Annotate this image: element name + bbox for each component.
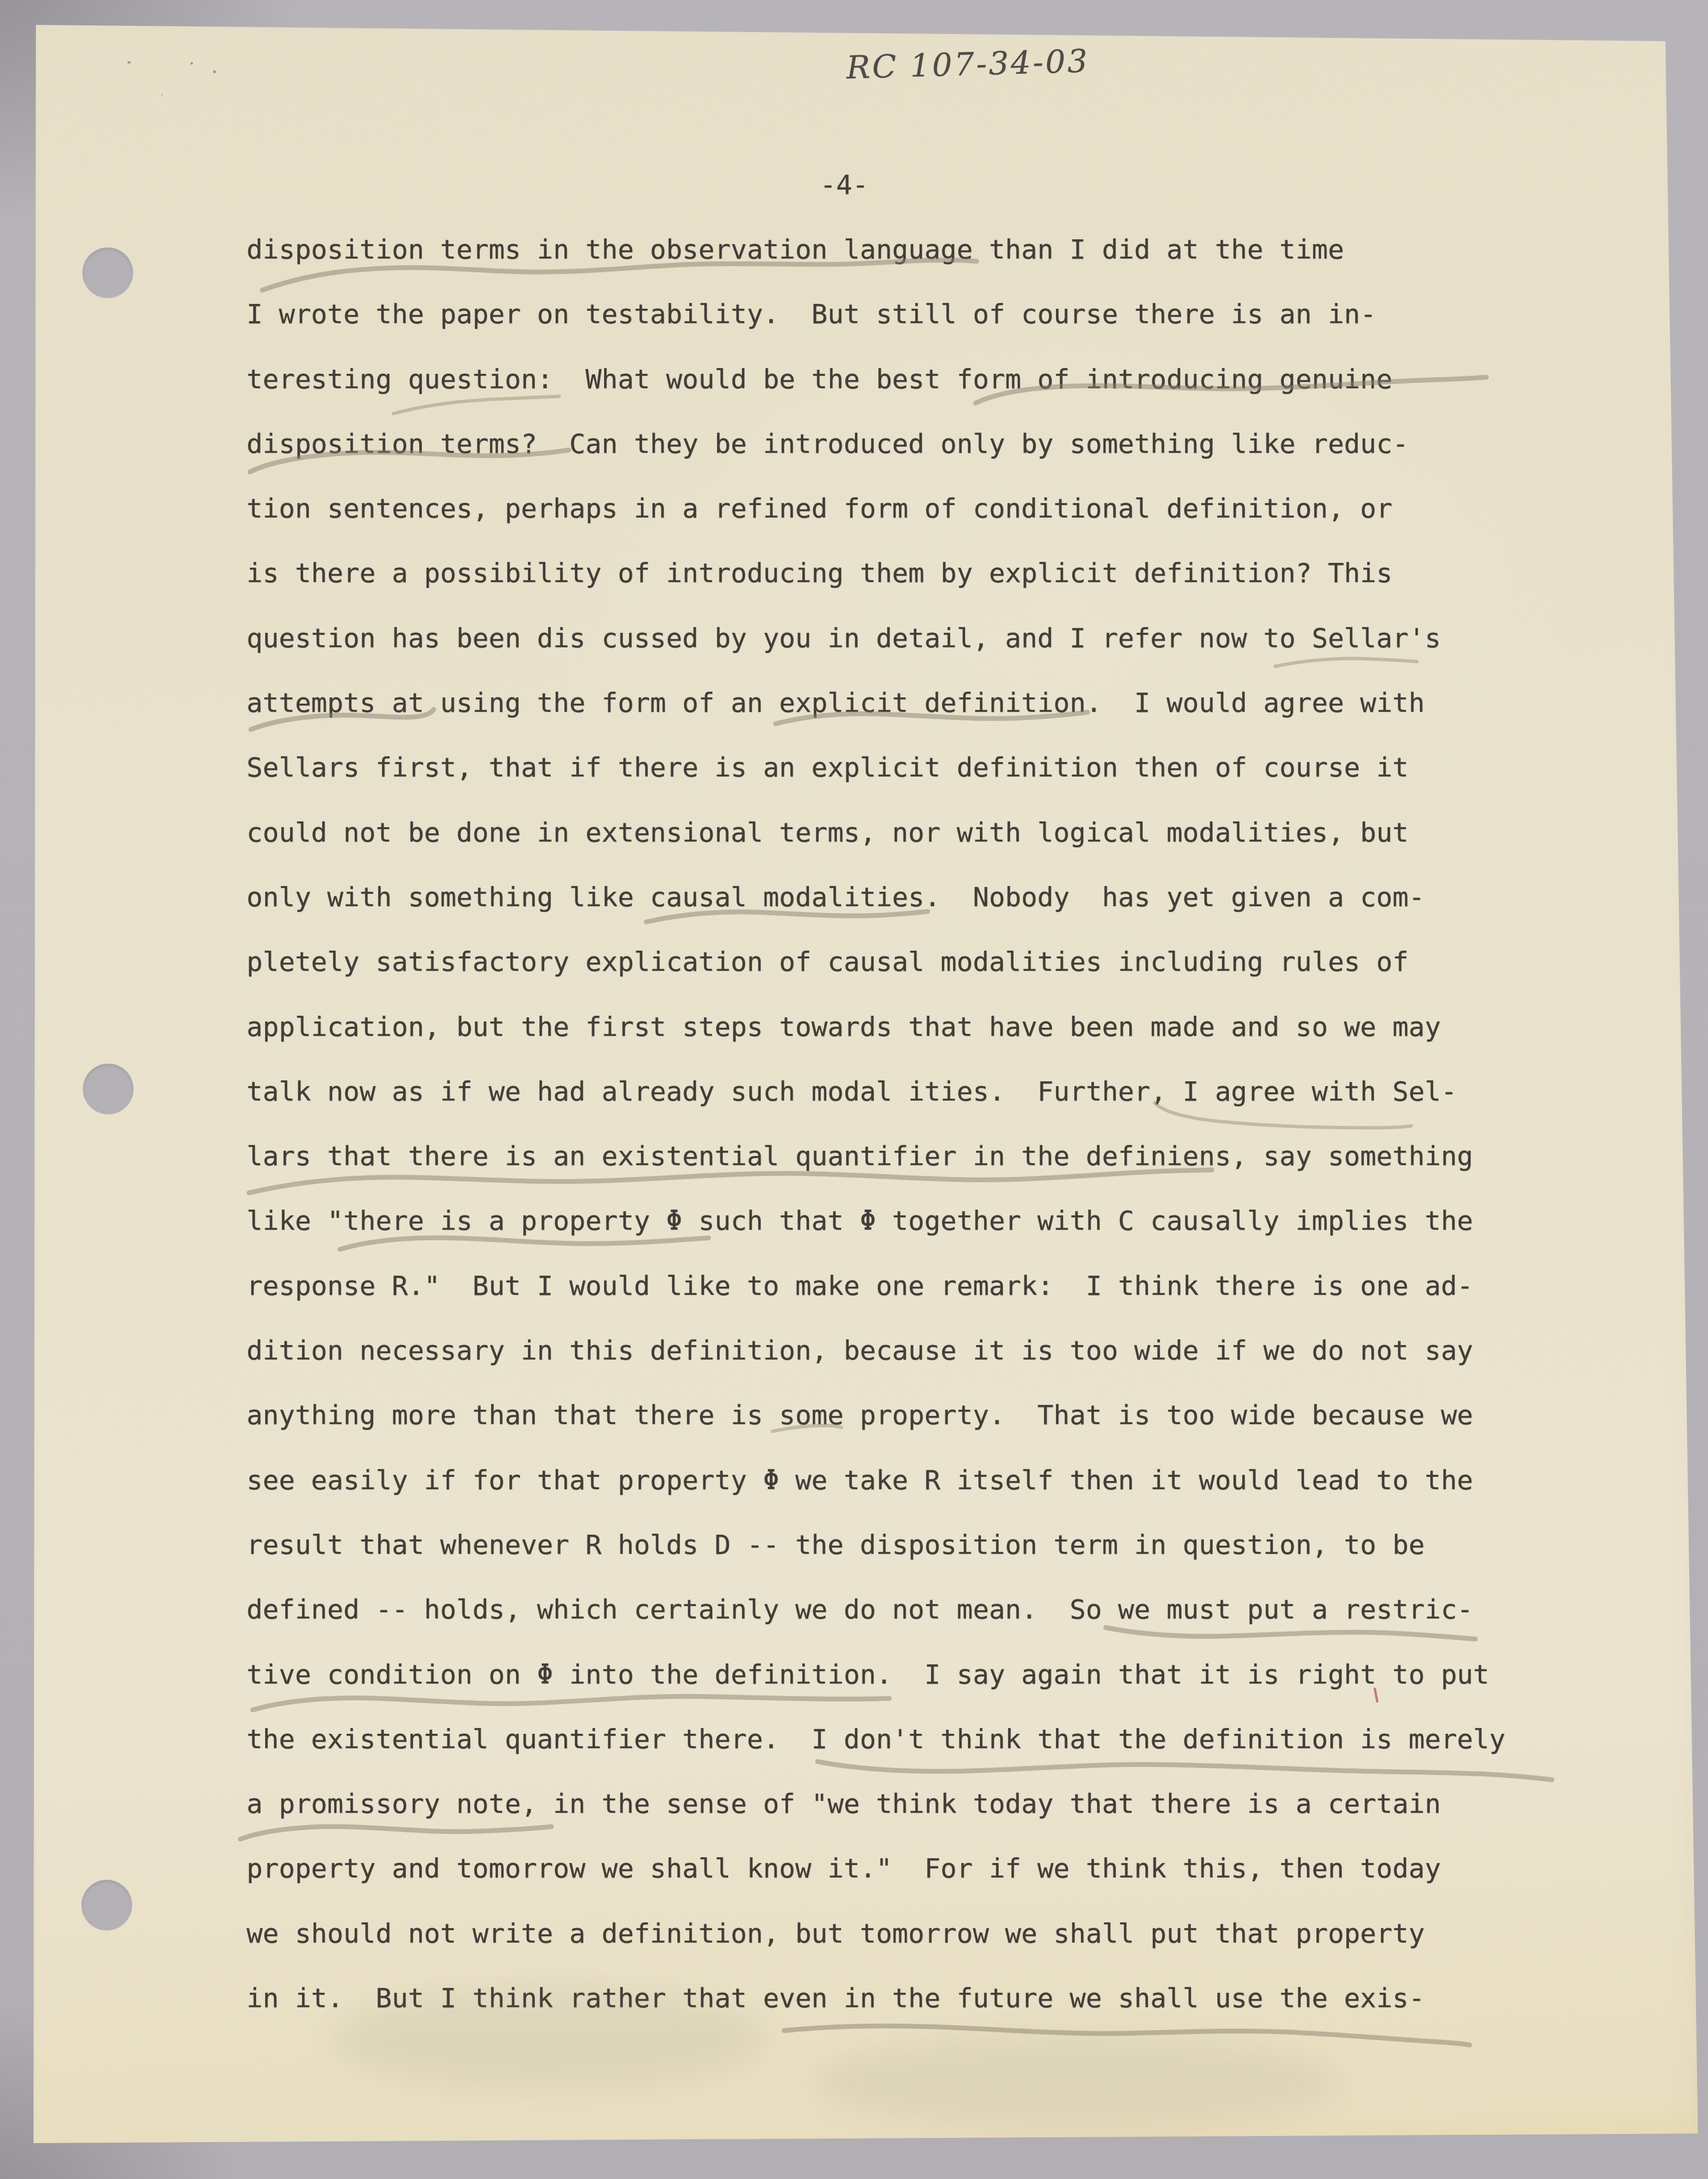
ink-speck [213,70,216,73]
text-line: disposition terms? Can they be introduce… [247,412,1506,476]
text-line: application, but the first steps towards… [247,995,1506,1059]
text-line: result that whenever R holds D -- the di… [247,1513,1506,1577]
punch-hole-middle [83,1064,134,1114]
ink-speck [127,61,131,64]
text-line: see easily if for that property Φ we tak… [247,1448,1506,1513]
text-line: we should not write a definition, but to… [247,1901,1506,1966]
text-line: defined -- holds, which certainly we do … [247,1577,1506,1642]
bleed-through-smudge [814,2034,1340,2130]
text-line: attempts at using the form of an explici… [247,671,1506,735]
text-line: could not be done in extensional terms, … [247,800,1506,865]
scanned-document-screenshot: { "page": { "archive_annotation": "RC 10… [0,0,1708,2179]
ink-speck [191,62,193,65]
text-line: the existential quantifier there. I don'… [247,1707,1506,1772]
punch-hole-top [82,247,133,298]
text-line: I wrote the paper on testability. But st… [247,282,1506,347]
text-line: response R." But I would like to make on… [247,1254,1506,1318]
punch-hole-bottom [81,1880,132,1931]
document-page: RC 107-34-03 -4- disposition terms in th… [0,0,1708,2179]
text-line: question has been dis cussed by you in d… [247,606,1506,671]
text-line: Sellars first, that if there is an expli… [247,735,1506,800]
text-line: lars that there is an existential quanti… [247,1124,1506,1189]
text-line: only with something like causal modaliti… [247,865,1506,930]
page-number: -4- [820,153,868,217]
archive-call-number-handwritten: RC 107-34-03 [846,43,1090,86]
text-line: tive condition on Φ into the definition.… [247,1642,1506,1707]
ink-speck [161,94,163,96]
text-line: like "there is a property Φ such that Φ … [247,1189,1506,1253]
text-line: is there a possibility of introducing th… [247,541,1506,606]
typewritten-body-text: disposition terms in the observation lan… [247,217,1506,2031]
bleed-through-smudge [335,1987,766,2092]
text-line: dition necessary in this definition, bec… [247,1318,1506,1383]
text-line: teresting question: What would be the be… [247,347,1506,412]
text-line: anything more than that there is some pr… [247,1383,1506,1448]
text-line: tion sentences, perhaps in a refined for… [247,476,1506,541]
text-line: property and tomorrow we shall know it."… [247,1836,1506,1901]
text-line: a promissory note, in the sense of "we t… [247,1772,1506,1836]
text-line: talk now as if we had already such modal… [247,1059,1506,1124]
text-line: disposition terms in the observation lan… [247,217,1506,282]
text-line: pletely satisfactory explication of caus… [247,930,1506,994]
